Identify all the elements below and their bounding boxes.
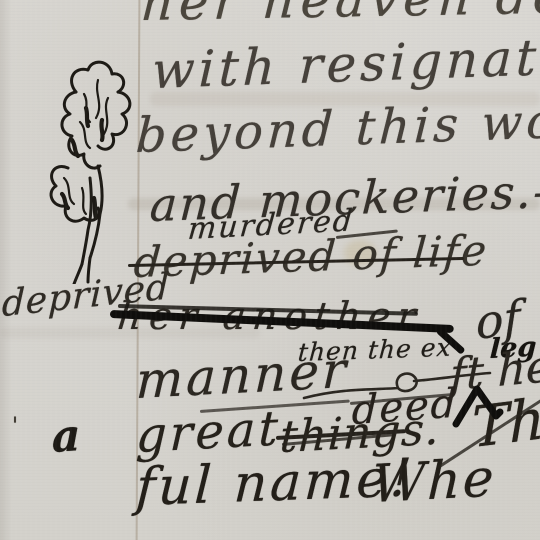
line-10-tail-word: Whe (371, 448, 497, 515)
handwritten-word-a: a (52, 410, 80, 463)
paper-edge-shadow (0, 0, 12, 540)
stray-pen-tick: ' (12, 414, 18, 439)
handwritten-line-2: with resignatio (151, 27, 540, 101)
tree-doodle-sketch (22, 52, 140, 284)
handwritten-line-1: her heaven dep (140, 0, 540, 32)
struck-text-deprived-of-life: deprived of life (132, 226, 490, 288)
insertion-caret-mark (452, 382, 504, 428)
manuscript-page: her heaven dep with resignatio beyond th… (0, 0, 540, 540)
